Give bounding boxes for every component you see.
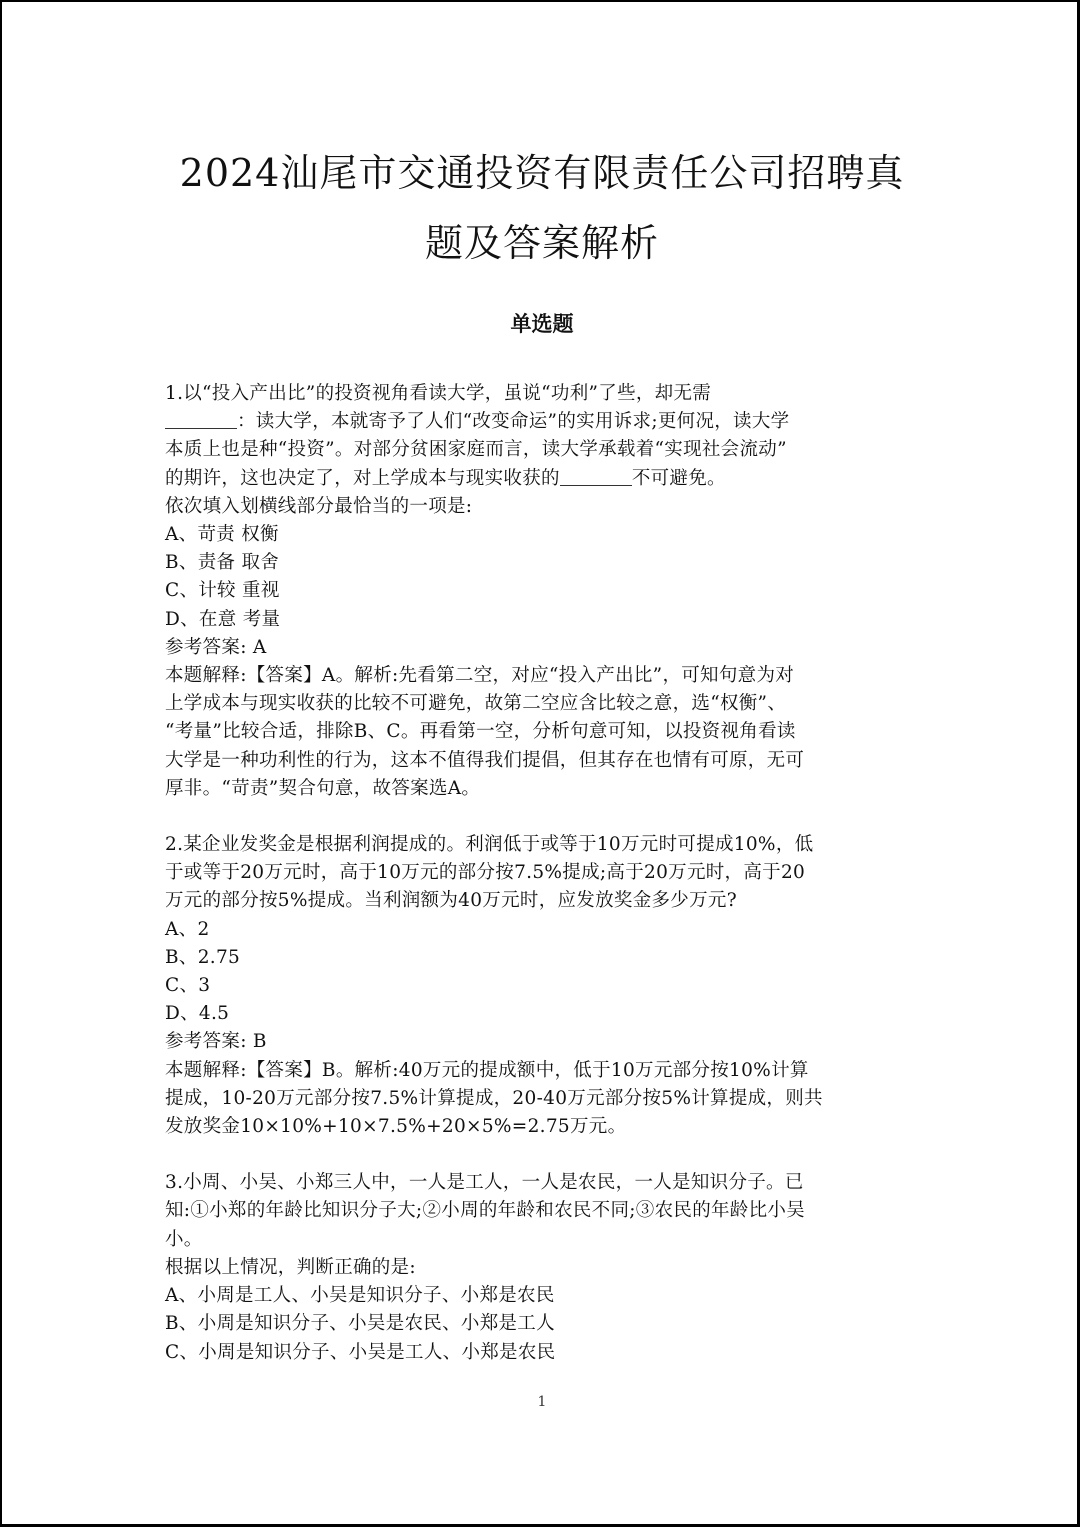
question-3-stem-line: 知:①小郑的年龄比知识分子大;②小周的年龄和农民不同;③农民的年龄比小吴 [165, 1197, 925, 1225]
question-1-option-d: D、在意 考量 [165, 606, 925, 634]
question-1-explanation-line: 上学成本与现实收获的比较不可避免，故第二空应含比较之意，选“权衡”、 [165, 690, 925, 718]
question-3-option-b: B、小周是知识分子、小吴是农民、小郑是工人 [165, 1310, 925, 1338]
question-2-explanation-line: 提成，10-20万元部分按7.5%计算提成，20-40万元部分按5%计算提成，则… [165, 1085, 925, 1113]
stem-line: 本质上也是种“投资”。对部分贫困家庭而言，读大学承载着“实现社会流动” [165, 436, 925, 464]
question-2-explanation-line: 本题解释:【答案】B。解析:40万元的提成额中，低于10万元部分按10%计算 [165, 1057, 925, 1085]
question-1-option-b: B、责备 取舍 [165, 549, 925, 577]
question-1: 1.以“投入产出比”的投资视角看读大学，虽说“功利”了些，却无需 ：读大学，本就… [165, 380, 925, 803]
questions-content: 1.以“投入产出比”的投资视角看读大学，虽说“功利”了些，却无需 ：读大学，本就… [165, 380, 925, 1367]
stem-text: 本质上也是种“投资”。对部分贫困家庭而言，读大学承载着“实现社会流动” [165, 439, 787, 460]
question-2-stem-line: 2.某企业发奖金是根据利润提成的。利润低于或等于10万元时可提成10%，低 [165, 831, 925, 859]
stem-text: ：读大学，本就寄予了人们“改变命运”的实用诉求;更何况，读大学 [237, 411, 789, 432]
page-number: 1 [2, 1394, 1080, 1410]
question-3-option-c: C、小周是知识分子、小吴是工人、小郑是农民 [165, 1339, 925, 1367]
document-title-line-2: 题及答案解析 [2, 212, 1080, 267]
question-3-stem-line: 小。 [165, 1226, 925, 1254]
question-3-stem-line: 3.小周、小吴、小郑三人中，一人是工人，一人是农民，一人是知识分子。已 [165, 1169, 925, 1197]
question-spacer [165, 1141, 925, 1169]
question-spacer [165, 803, 925, 831]
document-title-line-1: 2024汕尾市交通投资有限责任公司招聘真 [2, 142, 1080, 197]
question-1-option-c: C、计较 重视 [165, 577, 925, 605]
question-2-stem-line: 于或等于20万元时，高于10万元的部分按7.5%提成;高于20万元时，高于20 [165, 859, 925, 887]
question-1-explanation-line: “考量”比较合适，排除B、C。再看第一空，分析句意可知，以投资视角看读 [165, 718, 925, 746]
question-1-explanation-line: 大学是一种功利性的行为，这本不值得我们提倡，但其存在也情有可原，无可 [165, 747, 925, 775]
stem-text: 不可避免。 [632, 468, 726, 489]
question-1-stem: 1.以“投入产出比”的投资视角看读大学，虽说“功利”了些，却无需 ：读大学，本就… [165, 380, 925, 493]
question-3-prompt: 根据以上情况，判断正确的是: [165, 1254, 925, 1282]
question-2-explanation-line: 发放奖金10×10%+10×7.5%+20×5%=2.75万元。 [165, 1113, 925, 1141]
question-3-option-a: A、小周是工人、小吴是知识分子、小郑是农民 [165, 1282, 925, 1310]
question-1-prompt: 依次填入划横线部分最恰当的一项是: [165, 493, 925, 521]
stem-line: 的期许，这也决定了，对上学成本与现实收获的不可避免。 [165, 465, 925, 493]
question-1-explanation-line: 本题解释:【答案】A。解析:先看第二空，对应“投入产出比”，可知句意为对 [165, 662, 925, 690]
question-3: 3.小周、小吴、小郑三人中，一人是工人，一人是农民，一人是知识分子。已 知:①小… [165, 1169, 925, 1366]
question-1-explanation-line: 厚非。“苛责”契合句意，故答案选A。 [165, 775, 925, 803]
stem-line: ：读大学，本就寄予了人们“改变命运”的实用诉求;更何况，读大学 [165, 408, 925, 436]
fill-blank-2 [560, 467, 632, 486]
question-2-stem-line: 万元的部分按5%提成。当利润额为40万元时，应发放奖金多少万元? [165, 887, 925, 915]
question-1-answer: 参考答案: A [165, 634, 925, 662]
section-heading-single-choice: 单选题 [2, 308, 1080, 338]
question-2: 2.某企业发奖金是根据利润提成的。利润低于或等于10万元时可提成10%，低 于或… [165, 831, 925, 1141]
question-2-option-a: A、2 [165, 916, 925, 944]
stem-line: 1.以“投入产出比”的投资视角看读大学，虽说“功利”了些，却无需 [165, 380, 925, 408]
question-1-option-a: A、苛责 权衡 [165, 521, 925, 549]
stem-text: 的期许，这也决定了，对上学成本与现实收获的 [165, 468, 560, 489]
document-page: 2024汕尾市交通投资有限责任公司招聘真 题及答案解析 单选题 1.以“投入产出… [0, 0, 1080, 1527]
question-2-option-b: B、2.75 [165, 944, 925, 972]
question-2-option-c: C、3 [165, 972, 925, 1000]
question-2-answer: 参考答案: B [165, 1028, 925, 1056]
question-2-option-d: D、4.5 [165, 1000, 925, 1028]
fill-blank-1 [165, 410, 237, 429]
stem-text: 1.以“投入产出比”的投资视角看读大学，虽说“功利”了些，却无需 [165, 383, 711, 404]
